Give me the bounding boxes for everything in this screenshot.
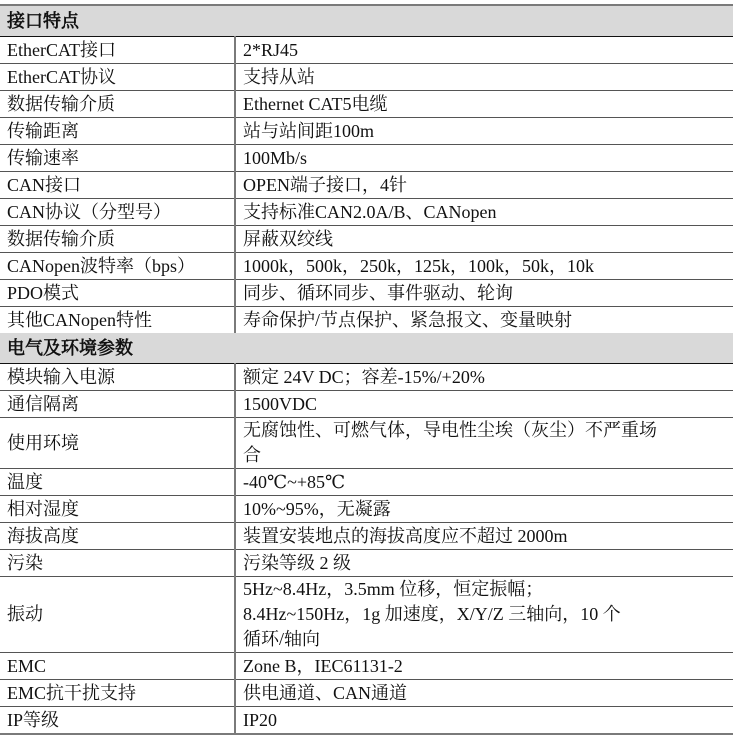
- spec-value-line: OPEN端子接口，4针: [243, 173, 727, 198]
- table-row: PDO模式同步、循环同步、事件驱动、轮询: [0, 280, 733, 307]
- table-row: 海拔高度装置安装地点的海拔高度应不超过 2000m: [0, 523, 733, 550]
- table-row: EtherCAT协议支持从站: [0, 64, 733, 91]
- spec-key-cell: 振动: [0, 577, 235, 653]
- spec-value-line: 100Mb/s: [243, 146, 727, 171]
- section-header-row: 接口特点: [0, 5, 733, 37]
- spec-key-cell: CANopen波特率（bps）: [0, 253, 235, 280]
- spec-value-cell: 寿命保护/节点保护、紧急报文、变量映射: [235, 307, 733, 334]
- spec-key-cell: EtherCAT接口: [0, 37, 235, 64]
- table-row: 振动5Hz~8.4Hz，3.5mm 位移，恒定振幅；8.4Hz~150Hz，1g…: [0, 577, 733, 653]
- spec-key-cell: 通信隔离: [0, 391, 235, 418]
- spec-value-line: 污染等级 2 级: [243, 551, 727, 576]
- spec-value-cell: Zone B，IEC61131-2: [235, 653, 733, 680]
- spec-value-cell: 10%~95%，无凝露: [235, 496, 733, 523]
- table-row: EMC抗干扰支持供电通道、CAN通道: [0, 680, 733, 707]
- spec-key-cell: 使用环境: [0, 418, 235, 469]
- spec-value-cell: 5Hz~8.4Hz，3.5mm 位移，恒定振幅；8.4Hz~150Hz，1g 加…: [235, 577, 733, 653]
- spec-value-cell: -40℃~+85℃: [235, 469, 733, 496]
- spec-key-cell: 温度: [0, 469, 235, 496]
- table-row: 传输距离站与站间距100m: [0, 118, 733, 145]
- spec-key-cell: PDO模式: [0, 280, 235, 307]
- spec-table: 接口特点EtherCAT接口2*RJ45EtherCAT协议支持从站数据传输介质…: [0, 4, 733, 735]
- spec-value-cell: 支持从站: [235, 64, 733, 91]
- spec-value-cell: 1000k，500k，250k，125k，100k，50k，10k: [235, 253, 733, 280]
- table-row: 其他CANopen特性寿命保护/节点保护、紧急报文、变量映射: [0, 307, 733, 334]
- spec-key-cell: 模块输入电源: [0, 364, 235, 391]
- table-row: CANopen波特率（bps）1000k，500k，250k，125k，100k…: [0, 253, 733, 280]
- table-row: 相对湿度10%~95%，无凝露: [0, 496, 733, 523]
- table-row: 污染污染等级 2 级: [0, 550, 733, 577]
- spec-value-line: Ethernet CAT5电缆: [243, 92, 727, 117]
- spec-key-cell: 传输距离: [0, 118, 235, 145]
- spec-value-cell: 污染等级 2 级: [235, 550, 733, 577]
- spec-value-cell: 供电通道、CAN通道: [235, 680, 733, 707]
- table-row: CAN接口OPEN端子接口，4针: [0, 172, 733, 199]
- spec-table-body: 接口特点EtherCAT接口2*RJ45EtherCAT协议支持从站数据传输介质…: [0, 5, 733, 734]
- spec-key-cell: EtherCAT协议: [0, 64, 235, 91]
- table-row: 通信隔离1500VDC: [0, 391, 733, 418]
- spec-value-cell: OPEN端子接口，4针: [235, 172, 733, 199]
- spec-value-line: 屏蔽双绞线: [243, 227, 727, 252]
- spec-value-cell: IP20: [235, 707, 733, 735]
- spec-value-cell: 屏蔽双绞线: [235, 226, 733, 253]
- spec-value-line: 5Hz~8.4Hz，3.5mm 位移，恒定振幅；: [243, 577, 727, 602]
- table-row: CAN协议（分型号）支持标准CAN2.0A/B、CANopen: [0, 199, 733, 226]
- spec-value-line: 无腐蚀性、可燃气体，导电性尘埃（灰尘）不严重场: [243, 418, 727, 443]
- table-row: 温度-40℃~+85℃: [0, 469, 733, 496]
- spec-value-line: 装置安装地点的海拔高度应不超过 2000m: [243, 524, 727, 549]
- spec-value-line: 1500VDC: [243, 392, 727, 417]
- spec-value-line: 合: [243, 443, 727, 468]
- spec-value-line: IP20: [243, 708, 727, 733]
- section-title: 电气及环境参数: [0, 333, 733, 364]
- spec-value-line: 支持从站: [243, 65, 727, 90]
- spec-key-cell: IP等级: [0, 707, 235, 735]
- spec-key-cell: 传输速率: [0, 145, 235, 172]
- table-row: 传输速率100Mb/s: [0, 145, 733, 172]
- spec-key-cell: EMC: [0, 653, 235, 680]
- table-row: 使用环境无腐蚀性、可燃气体，导电性尘埃（灰尘）不严重场合: [0, 418, 733, 469]
- spec-value-line: 寿命保护/节点保护、紧急报文、变量映射: [243, 308, 727, 333]
- table-row: IP等级IP20: [0, 707, 733, 735]
- section-header-row: 电气及环境参数: [0, 333, 733, 364]
- spec-value-line: 站与站间距100m: [243, 119, 727, 144]
- spec-key-cell: CAN接口: [0, 172, 235, 199]
- spec-value-line: Zone B，IEC61131-2: [243, 654, 727, 679]
- spec-value-cell: 额定 24V DC；容差-15%/+20%: [235, 364, 733, 391]
- spec-key-cell: EMC抗干扰支持: [0, 680, 235, 707]
- spec-key-cell: 其他CANopen特性: [0, 307, 235, 334]
- spec-key-cell: 相对湿度: [0, 496, 235, 523]
- spec-value-cell: 同步、循环同步、事件驱动、轮询: [235, 280, 733, 307]
- spec-value-cell: 2*RJ45: [235, 37, 733, 64]
- table-row: EMCZone B，IEC61131-2: [0, 653, 733, 680]
- spec-value-line: 8.4Hz~150Hz，1g 加速度，X/Y/Z 三轴向，10 个: [243, 602, 727, 627]
- table-row: 数据传输介质Ethernet CAT5电缆: [0, 91, 733, 118]
- spec-key-cell: 污染: [0, 550, 235, 577]
- spec-value-line: 2*RJ45: [243, 38, 727, 63]
- table-row: 数据传输介质屏蔽双绞线: [0, 226, 733, 253]
- spec-value-line: 支持标准CAN2.0A/B、CANopen: [243, 200, 727, 225]
- spec-key-cell: 数据传输介质: [0, 226, 235, 253]
- spec-value-line: 10%~95%，无凝露: [243, 497, 727, 522]
- spec-value-cell: 装置安装地点的海拔高度应不超过 2000m: [235, 523, 733, 550]
- spec-value-line: 供电通道、CAN通道: [243, 681, 727, 706]
- spec-value-cell: 无腐蚀性、可燃气体，导电性尘埃（灰尘）不严重场合: [235, 418, 733, 469]
- spec-key-cell: CAN协议（分型号）: [0, 199, 235, 226]
- spec-value-cell: 100Mb/s: [235, 145, 733, 172]
- spec-value-cell: Ethernet CAT5电缆: [235, 91, 733, 118]
- spec-value-line: 1000k，500k，250k，125k，100k，50k，10k: [243, 254, 727, 279]
- spec-value-cell: 1500VDC: [235, 391, 733, 418]
- table-row: EtherCAT接口2*RJ45: [0, 37, 733, 64]
- spec-key-cell: 海拔高度: [0, 523, 235, 550]
- section-title: 接口特点: [0, 5, 733, 37]
- spec-value-line: 同步、循环同步、事件驱动、轮询: [243, 281, 727, 306]
- table-row: 模块输入电源额定 24V DC；容差-15%/+20%: [0, 364, 733, 391]
- spec-value-line: -40℃~+85℃: [243, 470, 727, 495]
- spec-value-line: 循环/轴向: [243, 627, 727, 652]
- spec-value-line: 额定 24V DC；容差-15%/+20%: [243, 365, 727, 390]
- spec-value-cell: 支持标准CAN2.0A/B、CANopen: [235, 199, 733, 226]
- spec-value-cell: 站与站间距100m: [235, 118, 733, 145]
- spec-key-cell: 数据传输介质: [0, 91, 235, 118]
